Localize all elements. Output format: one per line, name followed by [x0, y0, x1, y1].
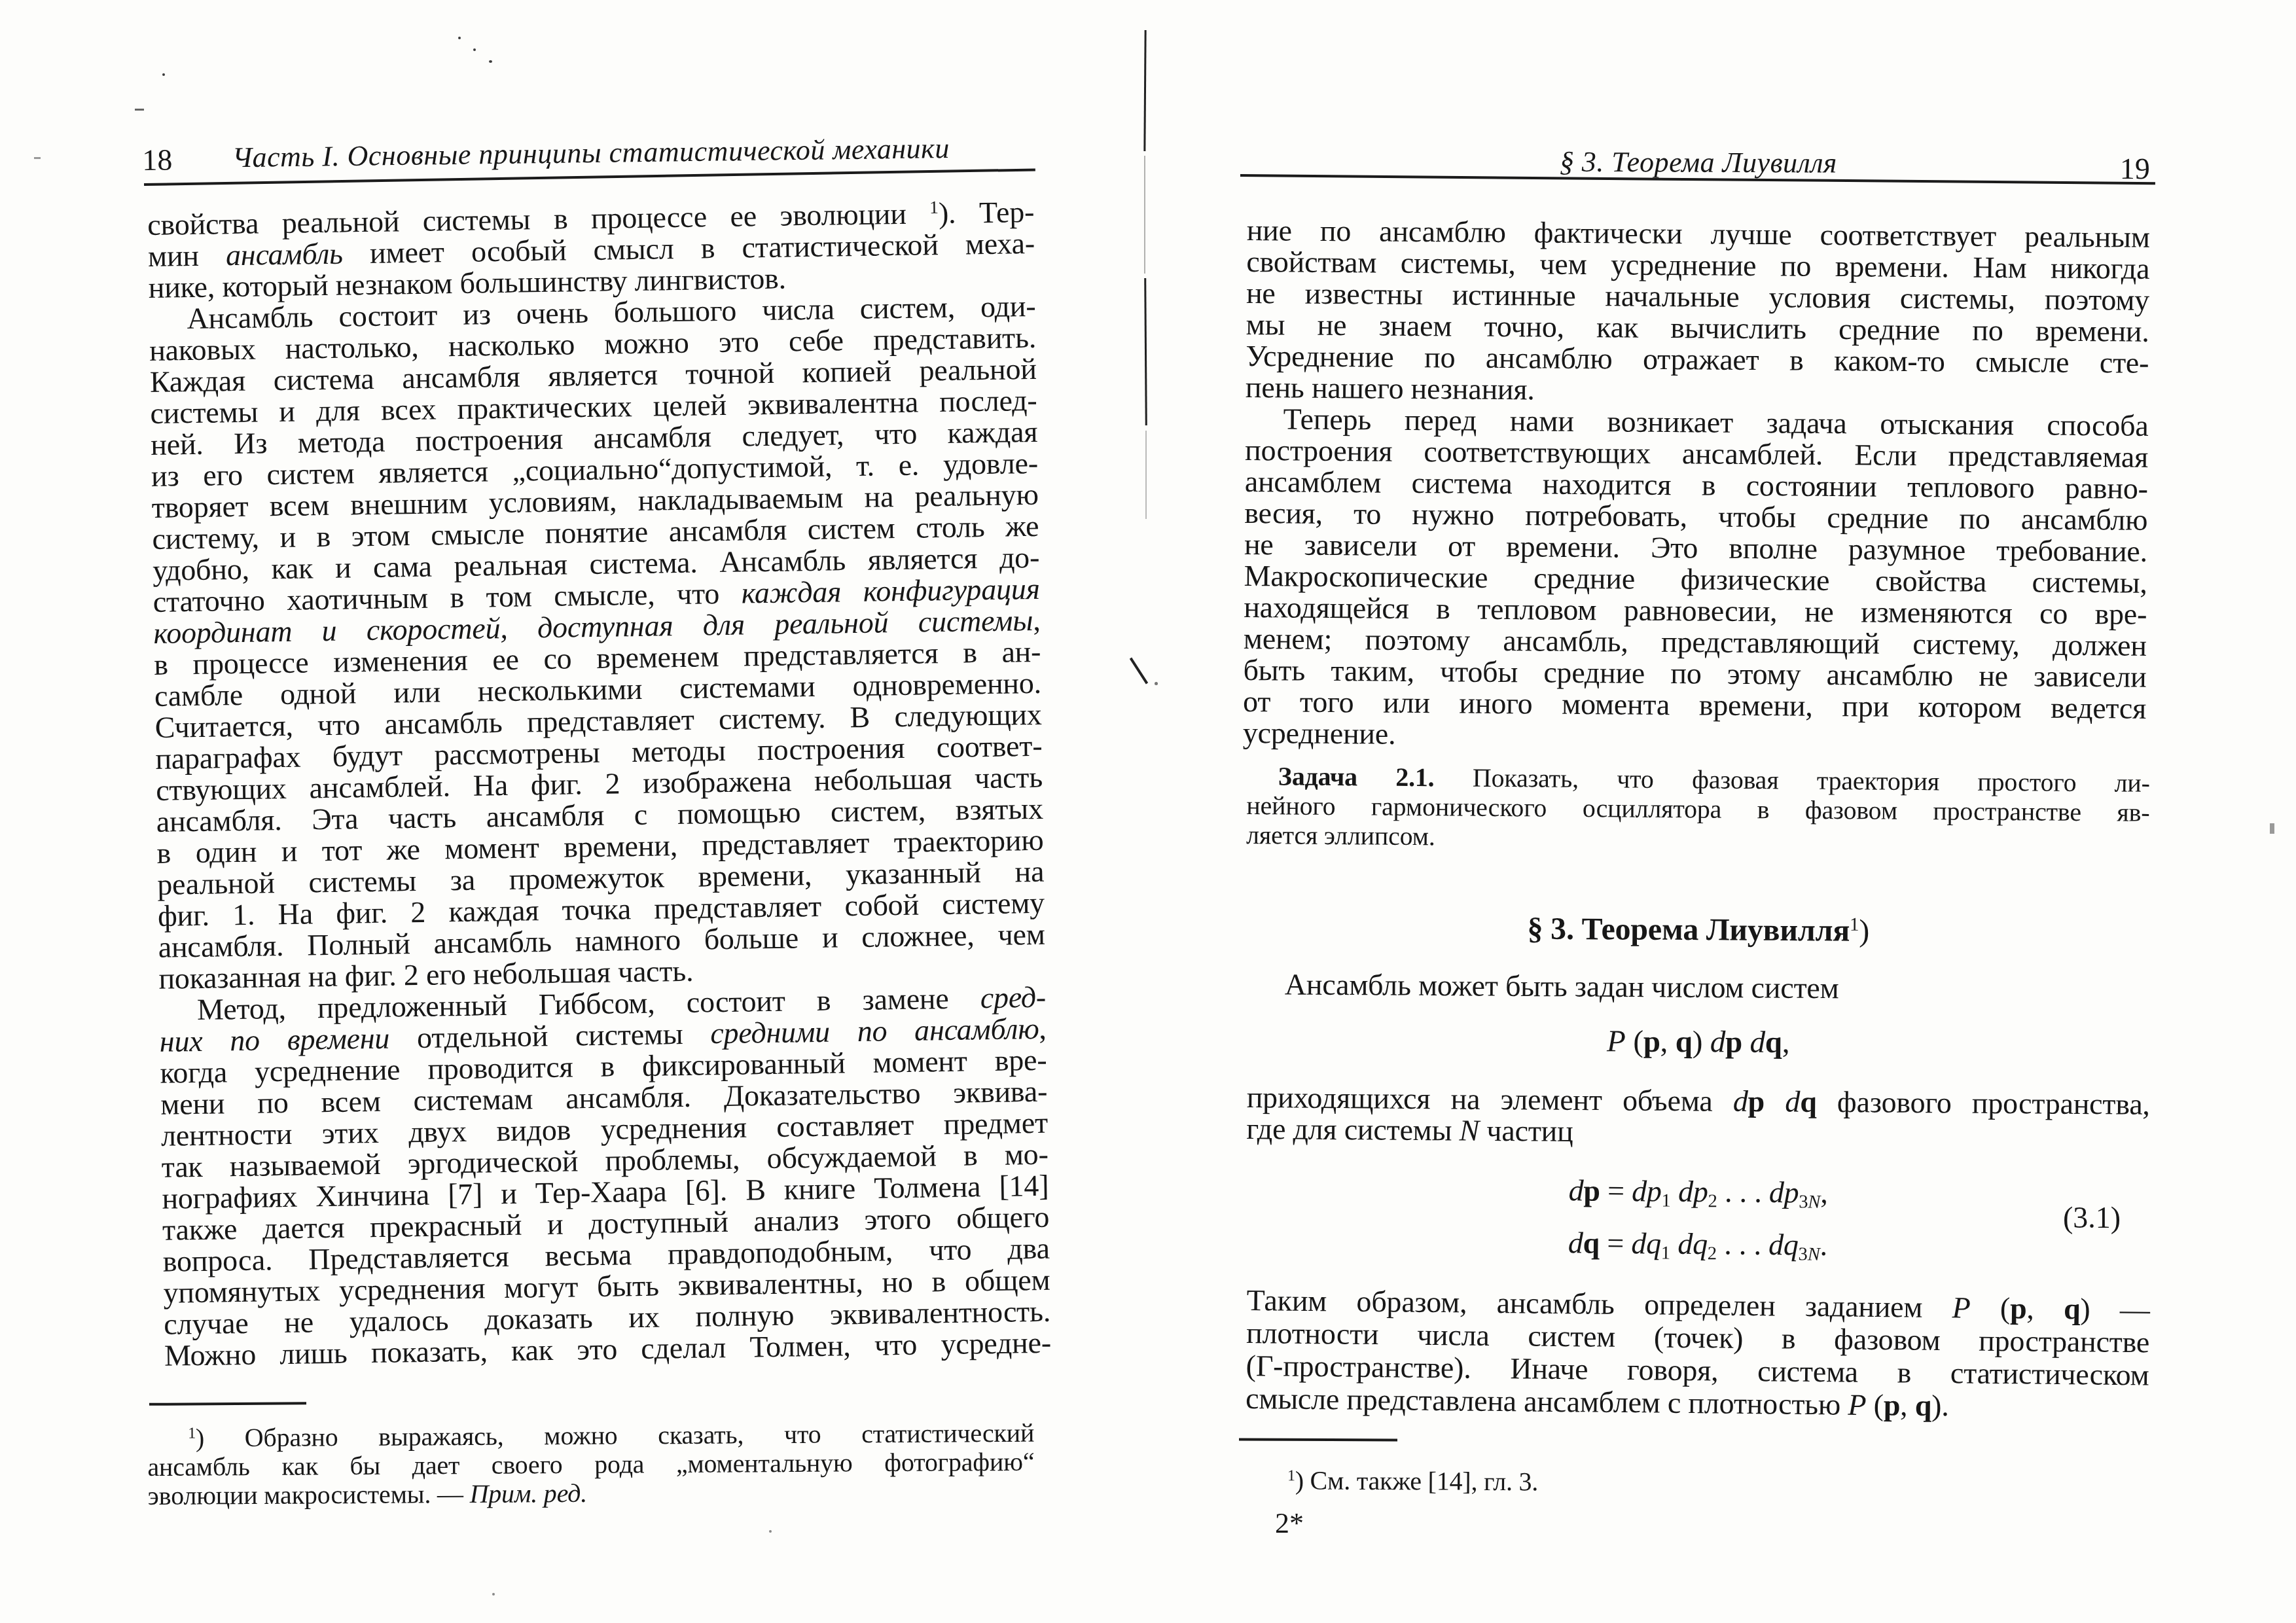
text-line: § 3. Теорема Лиувилля1)	[1247, 910, 2150, 950]
binding-crease-top	[1143, 30, 1146, 151]
scan-speck	[1155, 682, 1158, 685]
book-spread-scan: 18 Часть I. Основные принципы статистиче…	[0, 0, 2296, 1623]
binding-crease-faint	[1145, 431, 1147, 519]
closing-paragraph: Таким образом, ансамбль определен задани…	[1246, 1284, 2150, 1424]
text-line: 1) См. также [14], гл. 3.	[1247, 1466, 2150, 1499]
equation-number: (3.1)	[2063, 1203, 2121, 1233]
signature-mark: 2*	[1275, 1508, 1304, 1539]
text-line: dq = dq1 dq2 . . . dq3N.	[1568, 1217, 1828, 1271]
running-head-left: Часть I. Основные принципы статистическо…	[147, 132, 1034, 174]
text-line: P (p, q) dp dq,	[1247, 1021, 2150, 1063]
text-line: dp = dp1 dp2 . . . dp3N,	[1568, 1164, 1828, 1219]
scan-dash	[135, 109, 144, 111]
text-line: Ансамбль может быть задан числом систем	[1247, 969, 2150, 1007]
text-line: ансамбль как бы дает своего рода „момент…	[147, 1448, 1034, 1482]
scan-speck	[489, 60, 492, 63]
binding-crease-lower	[1144, 278, 1147, 425]
page-number-right: 19	[2120, 154, 2150, 184]
binding-crease-mid	[1144, 156, 1145, 274]
intro-line: Ансамбль может быть задан числом систем	[1247, 969, 2150, 1007]
crease-tick-mark	[1130, 658, 1148, 685]
section-heading: § 3. Теорема Лиувилля1)	[1247, 910, 2150, 950]
scan-dash	[34, 157, 41, 159]
body-text-left: свойства реальной системы в процессе ее …	[147, 196, 1051, 1372]
left-page-header: 18 Часть I. Основные принципы статистиче…	[147, 132, 1034, 174]
page-number-left: 18	[142, 145, 173, 176]
equation-group: dp = dp1 dp2 . . . dp3N,dq = dq1 dq2 . .…	[1246, 1162, 2150, 1274]
edge-mark-right	[2270, 823, 2274, 834]
scan-speck	[458, 37, 461, 39]
body-text-right: ние по ансамблю фактически лучше соответ…	[1243, 215, 2150, 756]
text-line: эволюции макросистемы. — Прим. ред.	[148, 1476, 1035, 1510]
scan-speck	[162, 73, 165, 76]
footnote-rule-left	[149, 1402, 306, 1406]
display-formula-density: P (p, q) dp dq,	[1247, 1021, 2150, 1063]
scan-speck	[492, 1593, 495, 1596]
equations-3-1: dp = dp1 dp2 . . . dp3N,dq = dq1 dq2 . .…	[1568, 1164, 1829, 1271]
problem-paragraph: Задача 2.1. Показать, что фазовая траект…	[1246, 761, 2150, 857]
after-formula-text: приходящихся на элемент объема dp dq фаз…	[1246, 1082, 2150, 1152]
footnote-rule-right	[1239, 1438, 1397, 1442]
scan-speck	[769, 1530, 772, 1533]
scan-speck	[473, 48, 476, 51]
footnote-left: 1) Образно выражаясь, можно сказать, что…	[147, 1419, 1035, 1510]
footnote-right: 1) См. также [14], гл. 3.	[1247, 1466, 2150, 1499]
